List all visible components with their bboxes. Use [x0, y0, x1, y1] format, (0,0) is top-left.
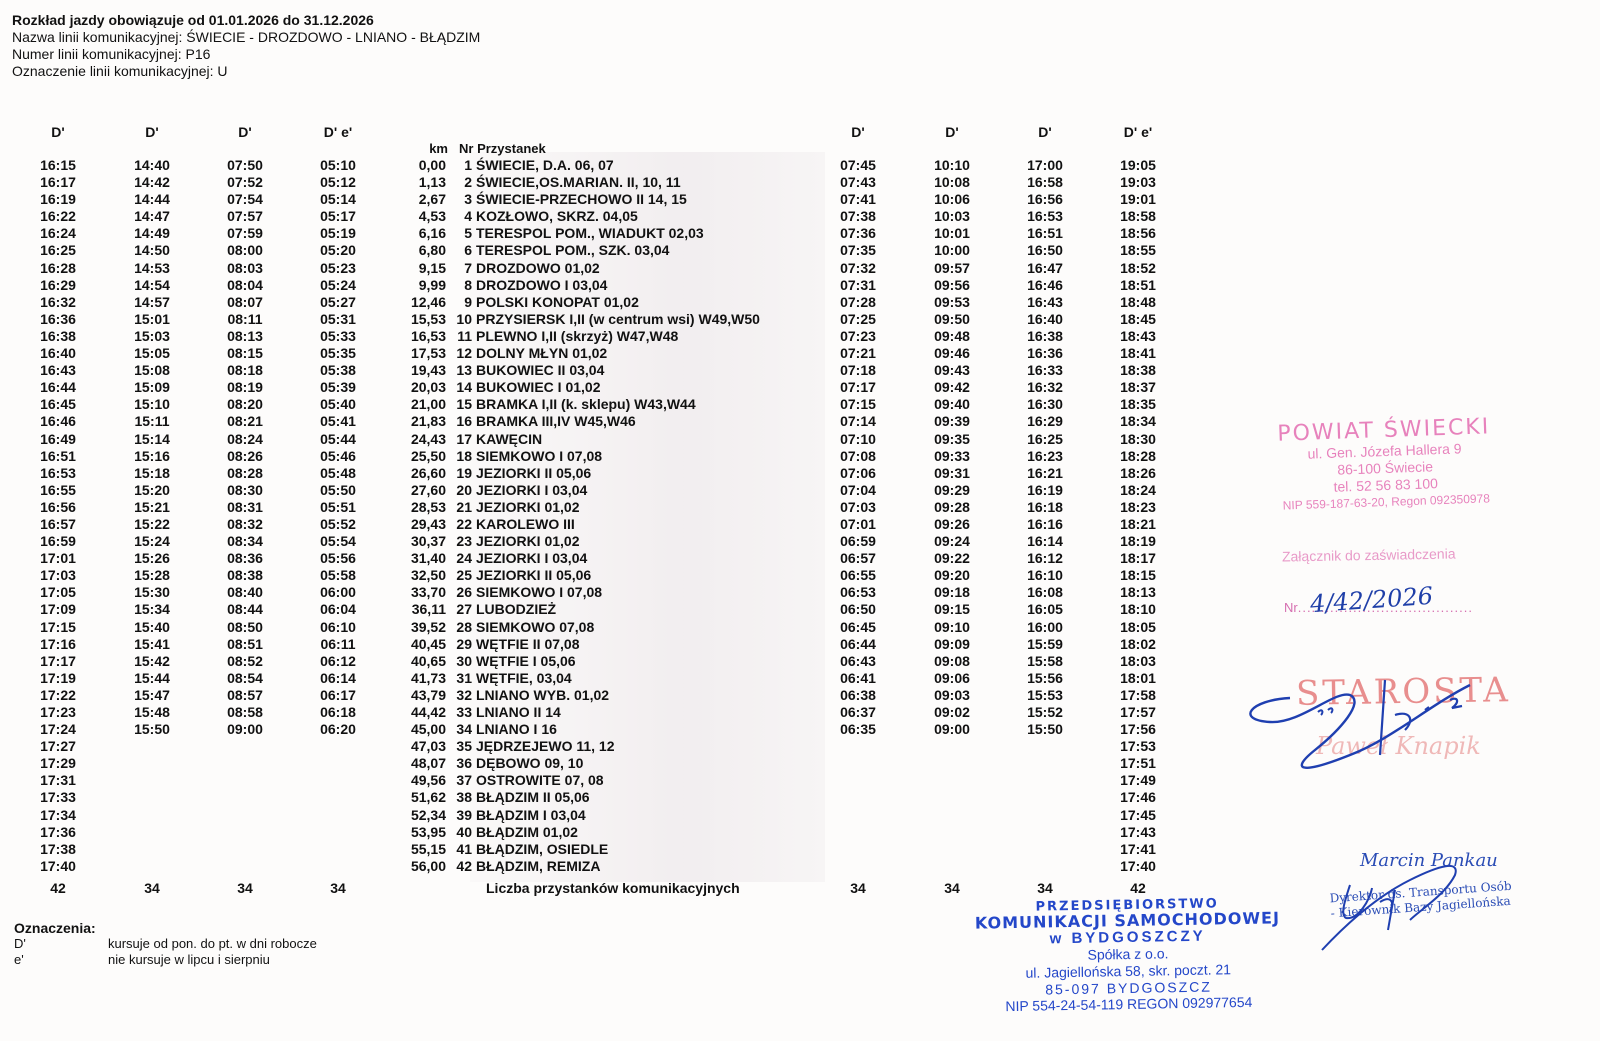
- stop-name: TERESPOL POM., WIADUKT 02,03: [476, 225, 704, 242]
- departure-time: 09:03: [917, 687, 987, 704]
- stop-number: 35: [446, 738, 476, 755]
- departure-time: 15:09: [117, 379, 187, 396]
- departure-time: 17:29: [23, 755, 93, 772]
- departure-time: 08:30: [210, 482, 280, 499]
- departure-time: 16:36: [23, 311, 93, 328]
- stop-km: 51,62: [396, 789, 446, 806]
- stop-name: LUBODZIEŻ: [476, 601, 556, 618]
- stop-row: 40,6530WĘTFIE I 05,06: [396, 653, 760, 670]
- departure-time: 16:51: [1010, 225, 1080, 242]
- departure-time: 06:18: [303, 704, 373, 721]
- departure-time: 15:22: [117, 516, 187, 533]
- departure-time: 17:49: [1103, 772, 1173, 789]
- departure-time: 15:14: [117, 431, 187, 448]
- column-mark-left-2: D': [117, 124, 187, 140]
- stop-km: 27,60: [396, 482, 446, 499]
- departure-time: 09:28: [917, 499, 987, 516]
- departure-time: 18:51: [1103, 277, 1173, 294]
- stop-number: 33: [446, 704, 476, 721]
- departure-time: 17:41: [1103, 841, 1173, 858]
- departure-time: 18:01: [1103, 670, 1173, 687]
- stop-km: 0,00: [396, 157, 446, 174]
- departure-time: 16:45: [23, 396, 93, 413]
- legend-text: nie kursuje w lipcu i sierpniu: [108, 952, 270, 968]
- nr-stop-header: Nr Przystanek: [459, 141, 546, 156]
- stop-number: 10: [446, 311, 476, 328]
- departure-time: 05:44: [303, 431, 373, 448]
- stop-number: 13: [446, 362, 476, 379]
- column-mark-left-3: D': [210, 124, 280, 140]
- stop-km: 21,00: [396, 396, 446, 413]
- departure-time: 15:05: [117, 345, 187, 362]
- stop-row: 31,4024JEZIORKI I 03,04: [396, 550, 760, 567]
- stop-number: 42: [446, 858, 476, 875]
- stop-km: 2,67: [396, 191, 446, 208]
- departure-time: 19:03: [1103, 174, 1173, 191]
- stop-number: 7: [446, 260, 476, 277]
- departure-time: 07:25: [823, 311, 893, 328]
- stop-row: 21,8316BRAMKA III,IV W45,W46: [396, 413, 760, 430]
- stop-row: 1,132ŚWIECIE,OS.MARIAN. II, 10, 11: [396, 174, 760, 191]
- stop-km: 9,15: [396, 260, 446, 277]
- stop-row: 47,0335JĘDRZEJEWO 11, 12: [396, 738, 760, 755]
- departure-time: 18:17: [1103, 550, 1173, 567]
- stop-row: 33,7026SIEMKOWO I 07,08: [396, 584, 760, 601]
- departure-time: 18:23: [1103, 499, 1173, 516]
- stop-km: 41,73: [396, 670, 446, 687]
- departure-time: 17:09: [23, 601, 93, 618]
- departure-time: 16:58: [1010, 174, 1080, 191]
- departure-time: 14:47: [117, 208, 187, 225]
- departure-time: 06:41: [823, 670, 893, 687]
- stop-number: 38: [446, 789, 476, 806]
- stop-number: 12: [446, 345, 476, 362]
- times-right-4: 19:0519:0319:0118:5818:5618:5518:5218:51…: [1103, 157, 1173, 875]
- timetable-header: Rozkład jazdy obowiązuje od 01.01.2026 d…: [12, 12, 480, 80]
- count-left-2: 34: [117, 880, 187, 896]
- departure-time: 05:56: [303, 550, 373, 567]
- stop-name: DROZDOWO I 03,04: [476, 277, 607, 294]
- count-left-1: 42: [23, 880, 93, 896]
- stop-km: 39,52: [396, 619, 446, 636]
- legend-item: e' nie kursuje w lipcu i sierpniu: [14, 952, 317, 968]
- stop-km: 56,00: [396, 858, 446, 875]
- departure-time: 05:31: [303, 311, 373, 328]
- stop-row: 4,534KOZŁOWO, SKRZ. 04,05: [396, 208, 760, 225]
- departure-time: 16:46: [23, 413, 93, 430]
- stop-name: WĘTFIE II 07,08: [476, 636, 579, 653]
- departure-time: 16:18: [1010, 499, 1080, 516]
- stop-header: Przystanek: [477, 141, 546, 156]
- departure-time: 17:33: [23, 789, 93, 806]
- column-mark-right-1: D': [823, 124, 893, 140]
- departure-time: 16:25: [23, 242, 93, 259]
- departure-time: 15:24: [117, 533, 187, 550]
- stop-row: 32,5025JEZIORKI II 05,06: [396, 567, 760, 584]
- departure-time: 17:45: [1103, 807, 1173, 824]
- stop-number: 28: [446, 619, 476, 636]
- departure-time: 16:55: [23, 482, 93, 499]
- departure-time: 05:51: [303, 499, 373, 516]
- departure-time: 05:14: [303, 191, 373, 208]
- departure-time: 08:20: [210, 396, 280, 413]
- departure-time: 15:34: [117, 601, 187, 618]
- departure-time: 18:21: [1103, 516, 1173, 533]
- departure-time: 15:21: [117, 499, 187, 516]
- departure-time: 17:23: [23, 704, 93, 721]
- line-designation: Oznaczenie linii komunikacyjnej: U: [12, 63, 480, 80]
- stop-name: SIEMKOWO 07,08: [476, 619, 594, 636]
- stop-number: 27: [446, 601, 476, 618]
- departure-time: 05:40: [303, 396, 373, 413]
- departure-time: 16:00: [1010, 619, 1080, 636]
- times-right-2: 10:1010:0810:0610:0310:0110:0009:5709:56…: [917, 157, 987, 738]
- stop-name: LNIANO WYB. 01,02: [476, 687, 609, 704]
- departure-time: 17:40: [1103, 858, 1173, 875]
- departure-time: 09:53: [917, 294, 987, 311]
- departure-time: 16:16: [1010, 516, 1080, 533]
- stop-name: DROZDOWO 01,02: [476, 260, 600, 277]
- departure-time: 19:01: [1103, 191, 1173, 208]
- departure-time: 08:07: [210, 294, 280, 311]
- stop-km: 48,07: [396, 755, 446, 772]
- stop-km: 49,56: [396, 772, 446, 789]
- departure-time: 17:36: [23, 824, 93, 841]
- stop-number: 3: [446, 191, 476, 208]
- departure-time: 10:01: [917, 225, 987, 242]
- stop-km: 19,43: [396, 362, 446, 379]
- departure-time: 16:56: [23, 499, 93, 516]
- stop-km: 16,53: [396, 328, 446, 345]
- departure-time: 15:03: [117, 328, 187, 345]
- departure-time: 17:00: [1010, 157, 1080, 174]
- departure-time: 18:30: [1103, 431, 1173, 448]
- count-right-3: 34: [1010, 880, 1080, 896]
- stop-number: 14: [446, 379, 476, 396]
- departure-time: 15:18: [117, 465, 187, 482]
- departure-time: 08:18: [210, 362, 280, 379]
- stop-row: 9,157DROZDOWO 01,02: [396, 260, 760, 277]
- departure-time: 16:56: [1010, 191, 1080, 208]
- line-name: Nazwa linii komunikacyjnej: ŚWIECIE - DR…: [12, 29, 480, 46]
- count-left-3: 34: [210, 880, 280, 896]
- annex-label: Załącznik do zaświadczenia: [1282, 545, 1456, 564]
- departure-time: 06:45: [823, 619, 893, 636]
- departure-time: 16:29: [1010, 413, 1080, 430]
- departure-time: 08:54: [210, 670, 280, 687]
- departure-time: 17:24: [23, 721, 93, 738]
- stop-row: 6,165TERESPOL POM., WIADUKT 02,03: [396, 225, 760, 242]
- stop-number: 4: [446, 208, 476, 225]
- departure-time: 17:57: [1103, 704, 1173, 721]
- departure-time: 09:00: [210, 721, 280, 738]
- departure-time: 16:32: [23, 294, 93, 311]
- departure-time: 07:32: [823, 260, 893, 277]
- departure-time: 18:24: [1103, 482, 1173, 499]
- departure-time: 14:50: [117, 242, 187, 259]
- departure-time: 06:37: [823, 704, 893, 721]
- stop-name: TERESPOL POM., SZK. 03,04: [476, 242, 669, 259]
- times-left-1: 16:1516:1716:1916:2216:2416:2516:2816:29…: [23, 157, 93, 875]
- departure-time: 14:44: [117, 191, 187, 208]
- stop-km: 53,95: [396, 824, 446, 841]
- departure-time: 09:26: [917, 516, 987, 533]
- departure-time: 07:35: [823, 242, 893, 259]
- departure-time: 16:19: [23, 191, 93, 208]
- departure-time: 06:14: [303, 670, 373, 687]
- legend: Oznaczenia: D' kursuje od pon. do pt. w …: [14, 920, 317, 968]
- stop-km: 31,40: [396, 550, 446, 567]
- departure-time: 05:19: [303, 225, 373, 242]
- departure-time: 06:43: [823, 653, 893, 670]
- departure-time: 17:01: [23, 550, 93, 567]
- stop-name: SIEMKOWO I 07,08: [476, 448, 602, 465]
- departure-time: 08:58: [210, 704, 280, 721]
- departure-time: 15:52: [1010, 704, 1080, 721]
- departure-time: 09:46: [917, 345, 987, 362]
- stop-number: 21: [446, 499, 476, 516]
- departure-time: 07:57: [210, 208, 280, 225]
- departure-time: 08:19: [210, 379, 280, 396]
- departure-time: 06:04: [303, 601, 373, 618]
- departure-time: 18:35: [1103, 396, 1173, 413]
- departure-time: 08:44: [210, 601, 280, 618]
- stop-row: 40,4529WĘTFIE II 07,08: [396, 636, 760, 653]
- stop-name: BŁĄDZIM II 05,06: [476, 789, 590, 806]
- departure-time: 16:33: [1010, 362, 1080, 379]
- stop-number: 8: [446, 277, 476, 294]
- departure-time: 09:39: [917, 413, 987, 430]
- departure-time: 05:27: [303, 294, 373, 311]
- departure-time: 07:10: [823, 431, 893, 448]
- departure-time: 16:23: [1010, 448, 1080, 465]
- departure-time: 16:53: [1010, 208, 1080, 225]
- departure-time: 05:17: [303, 208, 373, 225]
- departure-time: 09:31: [917, 465, 987, 482]
- stop-name: ŚWIECIE-PRZECHOWO II 14, 15: [476, 191, 687, 208]
- departure-time: 16:30: [1010, 396, 1080, 413]
- departure-time: 07:01: [823, 516, 893, 533]
- departure-time: 16:21: [1010, 465, 1080, 482]
- times-left-3: 07:5007:5207:5407:5707:5908:0008:0308:04…: [210, 157, 280, 738]
- stop-name: BRAMKA I,II (k. sklepu) W43,W44: [476, 396, 696, 413]
- departure-time: 18:43: [1103, 328, 1173, 345]
- stop-number: 5: [446, 225, 476, 242]
- departure-time: 09:00: [917, 721, 987, 738]
- stop-row: 24,4317KAWĘCIN: [396, 431, 760, 448]
- departure-time: 09:57: [917, 260, 987, 277]
- departure-time: 09:22: [917, 550, 987, 567]
- stop-name: BŁĄDZIM I 03,04: [476, 807, 586, 824]
- departure-time: 09:08: [917, 653, 987, 670]
- stop-name: LNIANO I 16: [476, 721, 557, 738]
- departure-time: 17:34: [23, 807, 93, 824]
- departure-time: 08:26: [210, 448, 280, 465]
- departure-time: 18:34: [1103, 413, 1173, 430]
- count-right-4: 42: [1103, 880, 1173, 896]
- column-mark-right-4: D' e': [1103, 124, 1173, 140]
- stop-number: 25: [446, 567, 476, 584]
- stop-number: 20: [446, 482, 476, 499]
- stop-km: 36,11: [396, 601, 446, 618]
- departure-time: 18:13: [1103, 584, 1173, 601]
- departure-time: 15:53: [1010, 687, 1080, 704]
- departure-time: 16:38: [1010, 328, 1080, 345]
- validity-period: Rozkład jazdy obowiązuje od 01.01.2026 d…: [12, 12, 480, 29]
- stop-row: 28,5321JEZIORKI 01,02: [396, 499, 760, 516]
- powiat-stamp: POWIAT ŚWIECKI ul. Gen. Józefa Hallera 9…: [1248, 413, 1521, 515]
- departure-time: 08:40: [210, 584, 280, 601]
- departure-time: 07:17: [823, 379, 893, 396]
- departure-time: 18:10: [1103, 601, 1173, 618]
- stop-number: 15: [446, 396, 476, 413]
- stop-number: 19: [446, 465, 476, 482]
- departure-time: 15:20: [117, 482, 187, 499]
- stop-name: JEZIORKI II 05,06: [476, 567, 591, 584]
- departure-time: 07:23: [823, 328, 893, 345]
- departure-time: 10:06: [917, 191, 987, 208]
- departure-time: 08:21: [210, 413, 280, 430]
- stop-name: POLSKI KONOPAT 01,02: [476, 294, 639, 311]
- departure-time: 08:34: [210, 533, 280, 550]
- departure-time: 09:24: [917, 533, 987, 550]
- departure-time: 17:58: [1103, 687, 1173, 704]
- departure-time: 14:49: [117, 225, 187, 242]
- stop-name: ŚWIECIE, D.A. 06, 07: [476, 157, 614, 174]
- stop-row: 0,001ŚWIECIE, D.A. 06, 07: [396, 157, 760, 174]
- stop-km: 1,13: [396, 174, 446, 191]
- departure-time: 17:22: [23, 687, 93, 704]
- departure-time: 09:09: [917, 636, 987, 653]
- stop-km: 28,53: [396, 499, 446, 516]
- departure-time: 07:52: [210, 174, 280, 191]
- stop-row: 19,4313BUKOWIEC II 03,04: [396, 362, 760, 379]
- departure-time: 15:28: [117, 567, 187, 584]
- departure-time: 16:47: [1010, 260, 1080, 277]
- stop-name: OSTROWITE 07, 08: [476, 772, 604, 789]
- departure-time: 17:17: [23, 653, 93, 670]
- stop-row: 9,998DROZDOWO I 03,04: [396, 277, 760, 294]
- departure-time: 05:24: [303, 277, 373, 294]
- departure-time: 06:12: [303, 653, 373, 670]
- times-right-1: 07:4507:4307:4107:3807:3607:3507:3207:31…: [823, 157, 893, 738]
- stop-row: 52,3439BŁĄDZIM I 03,04: [396, 807, 760, 824]
- legend-title: Oznaczenia:: [14, 920, 317, 936]
- departure-time: 09:56: [917, 277, 987, 294]
- stop-number: 34: [446, 721, 476, 738]
- count-right-1: 34: [823, 880, 893, 896]
- legend-text: kursuje od pon. do pt. w dni robocze: [108, 936, 317, 952]
- departure-time: 07:18: [823, 362, 893, 379]
- departure-time: 09:10: [917, 619, 987, 636]
- company-stamp: PRZEDSIĘBIORSTWO KOMUNIKACJI SAMOCHODOWE…: [967, 895, 1289, 1015]
- departure-time: 16:22: [23, 208, 93, 225]
- departure-time: 09:40: [917, 396, 987, 413]
- departure-time: 05:54: [303, 533, 373, 550]
- departure-time: 09:06: [917, 670, 987, 687]
- departure-time: 08:36: [210, 550, 280, 567]
- departure-time: 16:59: [23, 533, 93, 550]
- stop-row: 56,0042BŁĄDZIM, REMIZA: [396, 858, 760, 875]
- departure-time: 09:48: [917, 328, 987, 345]
- stop-number: 39: [446, 807, 476, 824]
- departure-time: 15:42: [117, 653, 187, 670]
- departure-time: 18:52: [1103, 260, 1173, 277]
- director-signature-icon: [1310, 840, 1530, 970]
- departure-time: 08:28: [210, 465, 280, 482]
- count-left-4: 34: [303, 880, 373, 896]
- stop-km: 40,45: [396, 636, 446, 653]
- stop-km: 26,60: [396, 465, 446, 482]
- stop-row: 27,6020JEZIORKI I 03,04: [396, 482, 760, 499]
- departure-time: 05:52: [303, 516, 373, 533]
- departure-time: 17:16: [23, 636, 93, 653]
- column-mark-left-1: D': [23, 124, 93, 140]
- nr-header: Nr: [459, 141, 473, 156]
- departure-time: 06:20: [303, 721, 373, 738]
- departure-time: 16:43: [1010, 294, 1080, 311]
- departure-time: 06:00: [303, 584, 373, 601]
- departure-time: 16:25: [1010, 431, 1080, 448]
- stop-row: 26,6019JEZIORKI II 05,06: [396, 465, 760, 482]
- departure-time: 07:38: [823, 208, 893, 225]
- departure-time: 09:43: [917, 362, 987, 379]
- departure-time: 08:03: [210, 260, 280, 277]
- column-mark-right-2: D': [917, 124, 987, 140]
- departure-time: 18:26: [1103, 465, 1173, 482]
- stop-km: 43,79: [396, 687, 446, 704]
- count-right-2: 34: [917, 880, 987, 896]
- stop-number: 23: [446, 533, 476, 550]
- stop-name: PRZYSIERSK I,II (w centrum wsi) W49,W50: [476, 311, 760, 328]
- departure-time: 16:50: [1010, 242, 1080, 259]
- stop-row: 30,3723JEZIORKI 01,02: [396, 533, 760, 550]
- departure-time: 15:50: [117, 721, 187, 738]
- departure-time: 16:57: [23, 516, 93, 533]
- departure-time: 16:10: [1010, 567, 1080, 584]
- departure-time: 15:50: [1010, 721, 1080, 738]
- stop-row: 49,5637OSTROWITE 07, 08: [396, 772, 760, 789]
- stop-row: 2,673ŚWIECIE-PRZECHOWO II 14, 15: [396, 191, 760, 208]
- stop-count-label: Liczba przystanków komunikacyjnych: [486, 880, 740, 896]
- stop-row: 21,0015BRAMKA I,II (k. sklepu) W43,W44: [396, 396, 760, 413]
- departure-time: 14:40: [117, 157, 187, 174]
- stop-row: 44,4233LNIANO II 14: [396, 704, 760, 721]
- stop-number: 32: [446, 687, 476, 704]
- starosta-signature-icon: [1240, 660, 1500, 780]
- departure-time: 14:54: [117, 277, 187, 294]
- departure-time: 09:02: [917, 704, 987, 721]
- stop-name: JEZIORKI 01,02: [476, 499, 580, 516]
- departure-time: 14:57: [117, 294, 187, 311]
- stop-km: 21,83: [396, 413, 446, 430]
- stop-name: WĘTFIE I 05,06: [476, 653, 576, 670]
- stop-number: 1: [446, 157, 476, 174]
- departure-time: 05:58: [303, 567, 373, 584]
- departure-time: 17:53: [1103, 738, 1173, 755]
- stop-number: 24: [446, 550, 476, 567]
- departure-time: 16:46: [1010, 277, 1080, 294]
- stop-km: 40,65: [396, 653, 446, 670]
- stop-km: 52,34: [396, 807, 446, 824]
- departure-time: 16:51: [23, 448, 93, 465]
- departure-time: 18:48: [1103, 294, 1173, 311]
- departure-time: 15:11: [117, 413, 187, 430]
- departure-time: 07:28: [823, 294, 893, 311]
- departure-time: 16:32: [1010, 379, 1080, 396]
- departure-time: 06:17: [303, 687, 373, 704]
- line-number: Numer linii komunikacyjnej: P16: [12, 46, 480, 63]
